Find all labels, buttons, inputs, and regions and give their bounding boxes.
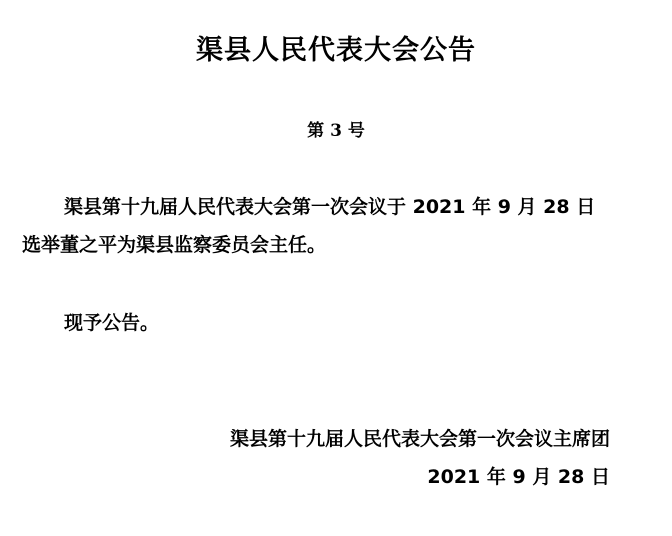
signature-issuer: 渠县第十九届人民代表大会第一次会议主席团 xyxy=(230,424,610,451)
signature-date: 2021 年 9 月 28 日 xyxy=(427,462,610,489)
body-line-3: 现予公告。 xyxy=(64,308,664,335)
announcement-number: 第 3 号 xyxy=(0,116,672,141)
document-title: 渠县人民代表大会公告 xyxy=(0,28,672,67)
body-line-2: 选举董之平为渠县监察委员会主任。 xyxy=(22,230,622,257)
body-line-1: 渠县第十九届人民代表大会第一次会议于 2021 年 9 月 28 日 xyxy=(64,192,664,219)
